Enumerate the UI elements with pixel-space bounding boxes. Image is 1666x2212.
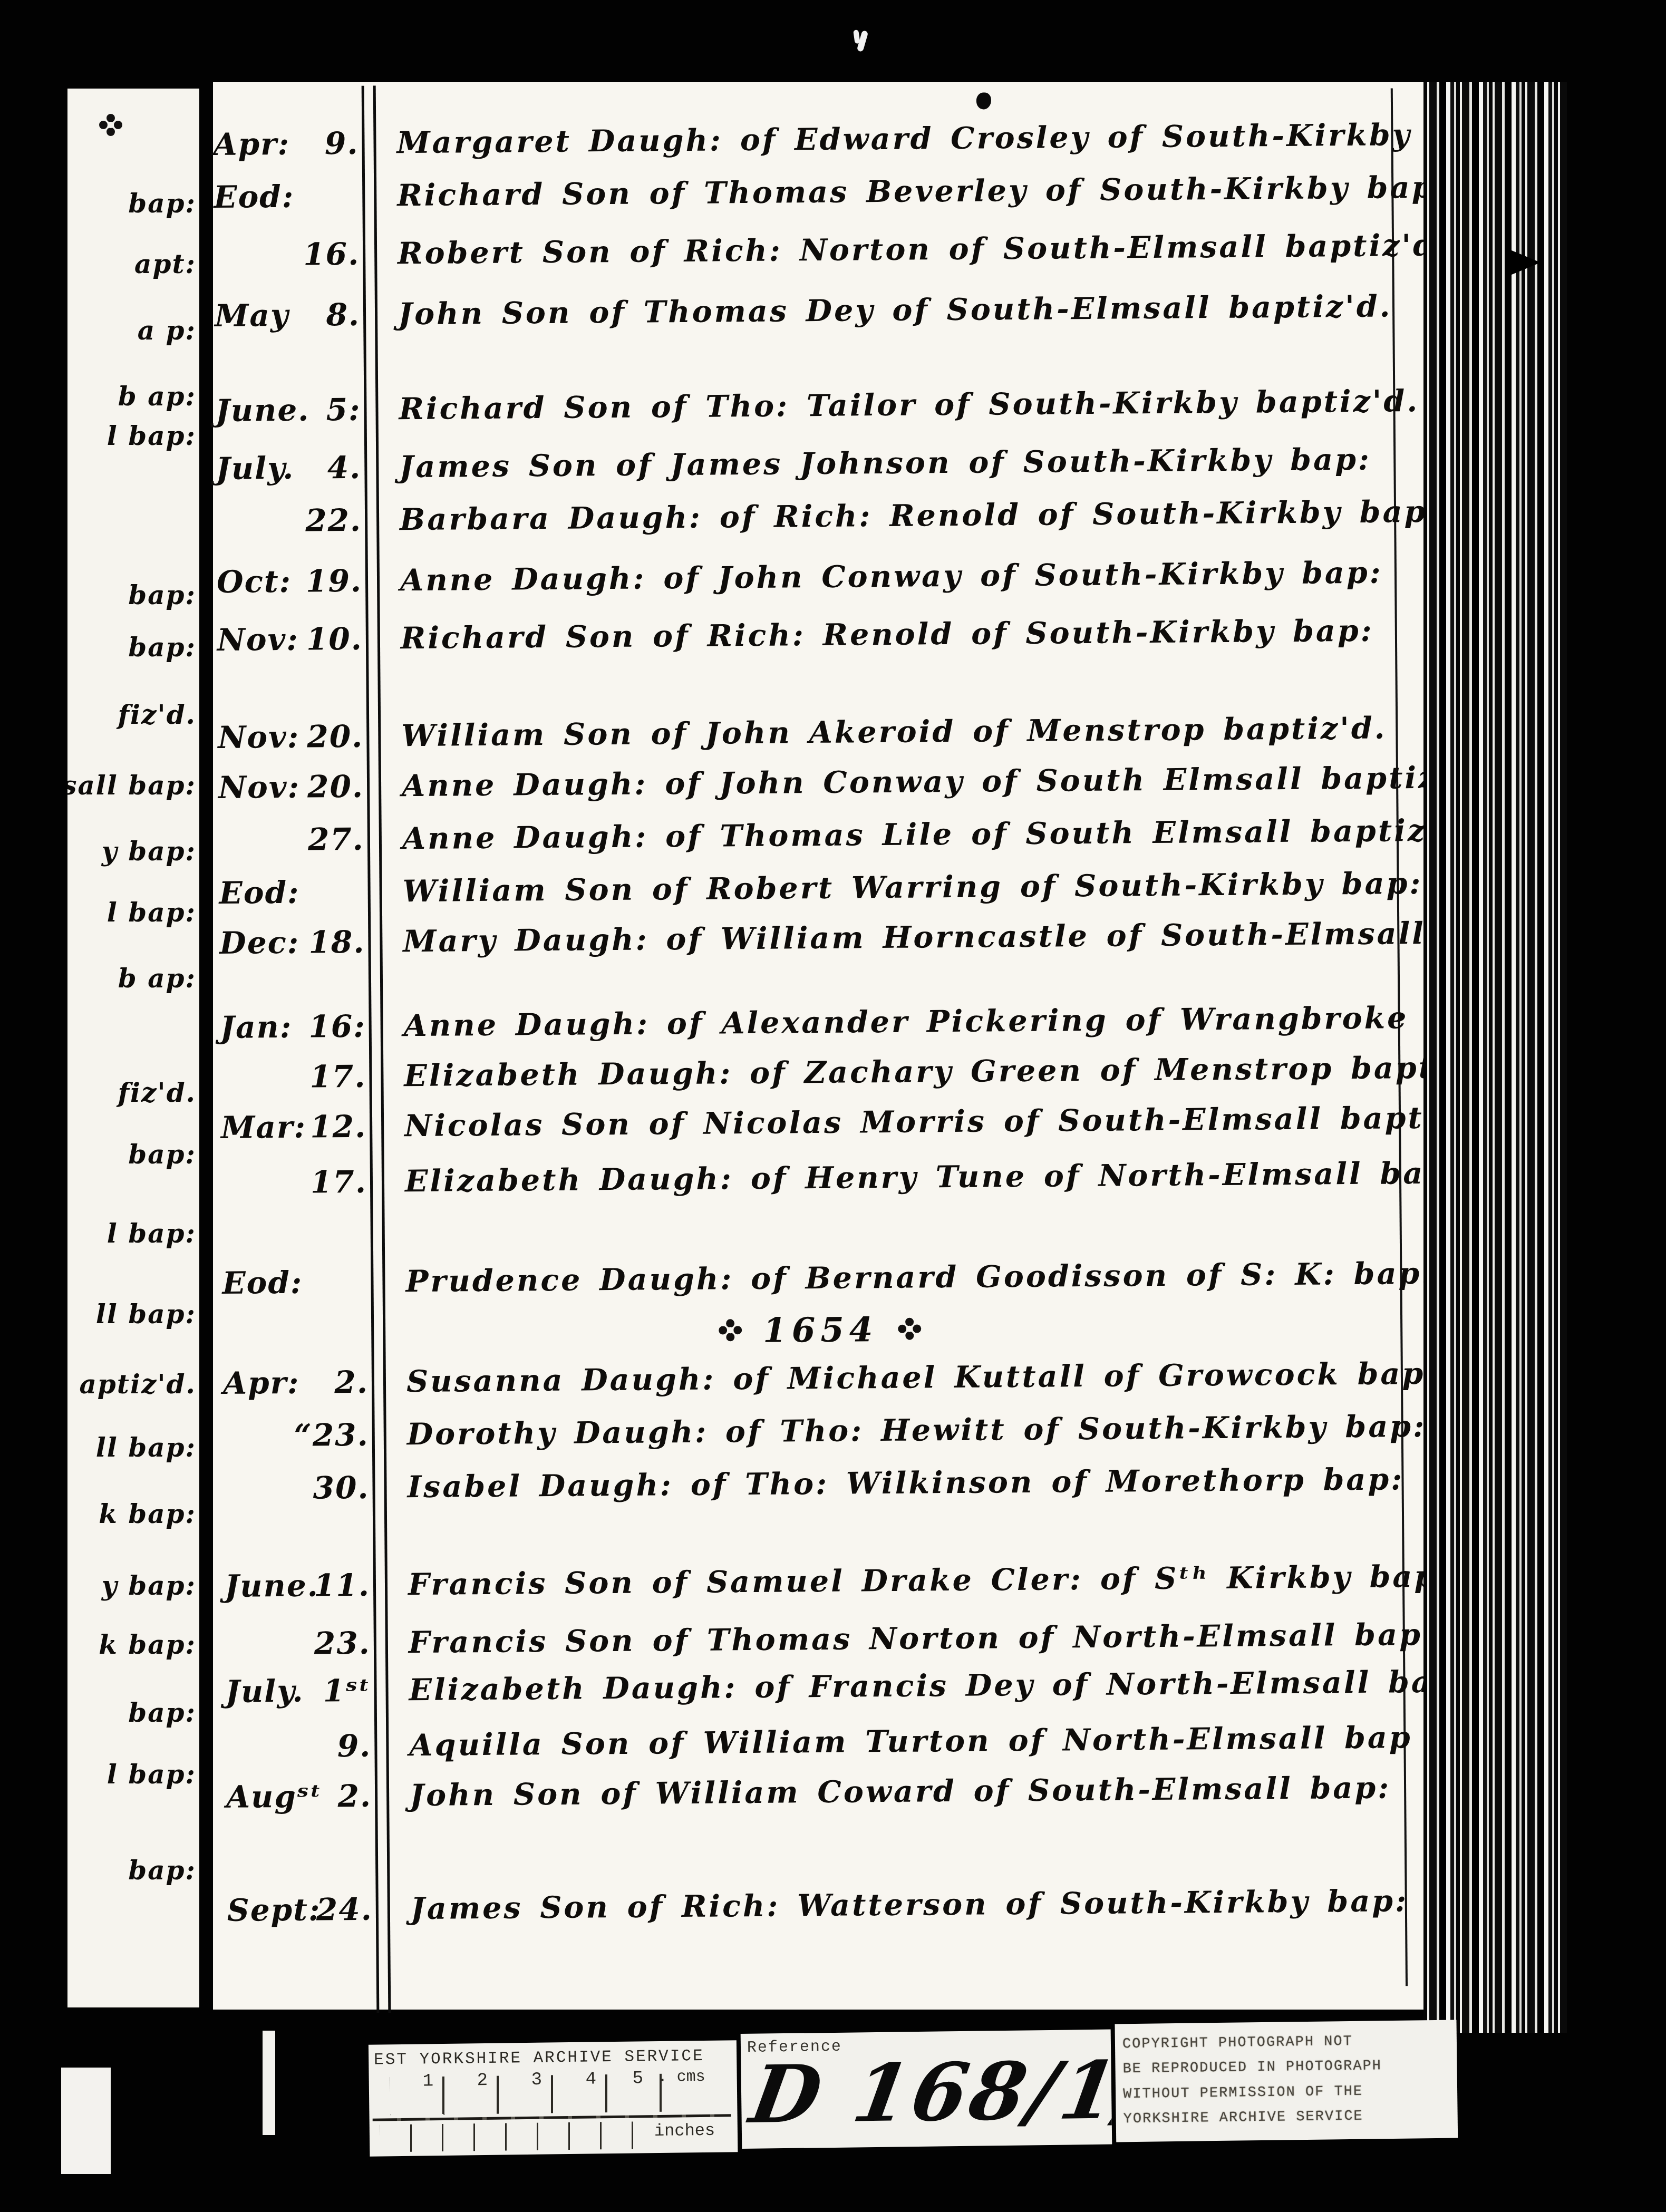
inches-label: inches [654,2121,715,2141]
entry-text: Aquilla Son of William Turton of North-E… [409,1720,1412,1763]
reference-box: Reference D 168/1/1/1 [741,2030,1112,2149]
film-corner-patch [61,2068,111,2174]
edge-arrow-mark [1508,249,1541,276]
entry-day: 4. [272,450,362,486]
copyright-text: COPYRIGHT PHOTOGRAPH NOT BE REPRODUCED I… [1122,2029,1383,2132]
entry-day: 19. [273,563,363,599]
ruler-number: 5 [632,2069,643,2089]
text-fragment: k bap: [99,1498,196,1529]
floral-ornament-icon [97,113,125,139]
ruler-number: 2 [477,2071,488,2091]
entry-text: Dorothy Daugh: of Tho: Hewitt of South-K… [406,1409,1426,1452]
entry-day: 24. [283,1891,373,1928]
entry-day: 23. [281,1625,371,1662]
baptism-entry: 17.Elizabeth Daugh: of Henry Tune of Nor… [214,1156,1425,1223]
entry-text: Francis Son of Thomas Norton of North-El… [409,1617,1436,1660]
entry-day: 5: [271,392,361,428]
entry-text: James Son of Rich: Watterson of South-Ki… [411,1883,1409,1926]
entry-month: Eod: [222,1265,303,1301]
text-fragment: bap: [128,632,196,663]
entry-text: Elizabeth Daugh: of Henry Tune of North-… [405,1155,1461,1199]
baptism-entry: Nov:10.Richard Son of Rich: Renold of So… [210,613,1421,680]
text-fragment: aptiz'd. [79,1369,196,1400]
entry-text: Richard Son of Rich: Renold of South-Kir… [401,613,1374,656]
entry-day: 17. [276,1059,366,1095]
entry-day: 12. [277,1109,367,1145]
copyright-line: WITHOUT PERMISSION OF THE [1123,2079,1382,2107]
text-fragment: bap: [128,1697,196,1728]
entry-text: Barbara Daugh: of Rich: Renold of South-… [400,494,1441,538]
text-fragment: b ap: [118,963,196,994]
entry-text: Francis Son of Samuel Drake Cler: of Sᵗʰ… [408,1559,1451,1603]
text-fragment: bap: [128,1139,196,1170]
entry-text: John Son of Thomas Dey of South-Elmsall … [398,288,1392,332]
entry-text: James Son of James Johnson of South-Kirk… [399,442,1371,484]
text-fragment: l bap: [107,1759,196,1790]
reference-number: D 168/1/1/1 [744,2042,1112,2141]
entry-text: William Son of Robert Warring of South-K… [402,866,1422,909]
baptism-entry: June.5:Richard Son of Tho: Tailor of Sou… [208,383,1419,451]
entry-day: 9. [282,1728,372,1764]
entry-month: Eod: [219,875,299,911]
text-fragment: l bap: [107,897,196,928]
microfilm-frame: bap: apt: a p: b ap: l bap: bap: bap: fi… [0,0,1666,2212]
baptism-entry: Dec:18.Mary Daugh: of William Horncastle… [212,916,1423,983]
facing-page-edge-strip: bap: apt: a p: b ap: l bap: bap: bap: fi… [67,89,199,2007]
copyright-box: COPYRIGHT PHOTOGRAPH NOT BE REPRODUCED I… [1115,2020,1458,2142]
text-fragment: ll bap: [96,1298,196,1330]
archive-service-title: EST YORKSHIRE ARCHIVE SERVICE [374,2047,704,2070]
entry-text: Robert Son of Rich: Norton of South-Elms… [398,228,1449,271]
entry-day: 16. [270,236,360,273]
text-fragment: fiz'd. [118,699,196,730]
year-label: 1654 [763,1310,878,1351]
entry-text: Richard Son of Tho: Tailor of South-Kirk… [399,383,1419,426]
entry-day: 20. [274,719,364,755]
entry-text: Prudence Daugh: of Bernard Goodisson of … [405,1256,1435,1299]
text-fragment: sall bap: [67,770,196,801]
text-fragment: bap: [128,579,196,610]
ruler-line [373,2114,731,2121]
entry-day: 2. [282,1778,372,1815]
cms-label: . cms [657,2068,705,2087]
entry-text: Anne Daugh: of Alexander Pickering of Wr… [403,1000,1507,1043]
text-fragment: l bap: [107,420,196,451]
copyright-line: YORKSHIRE ARCHIVE SERVICE [1123,2104,1382,2132]
text-fragment: y bap: [102,1570,196,1601]
text-fragment: k bap: [99,1629,196,1660]
floral-ornament-icon [896,1316,924,1343]
film-scratch-mark [857,30,869,52]
entry-day: 9. [269,125,359,162]
copyright-line: BE REPRODUCED IN PHOTOGRAPH [1122,2054,1382,2082]
baptism-entry: 16.Robert Son of Rich: Norton of South-E… [207,228,1418,295]
text-fragment: apt: [134,248,196,279]
entry-day: “23. [279,1417,370,1453]
text-fragment: y bap: [102,836,196,867]
baptism-entry: Sept:24.James Son of Rich: Watterson of … [220,1883,1431,1951]
text-fragment: fiz'd. [118,1077,196,1108]
baptism-entry: June.11.Francis Son of Samuel Drake Cler… [217,1559,1428,1626]
film-corner-patch [263,2031,275,2135]
archive-service-box: EST YORKSHIRE ARCHIVE SERVICE 1 2 3 4 5 … [369,2040,738,2157]
entry-day: 27. [275,821,365,858]
entry-text: Isabel Daugh: of Tho: Wilkinson of Moret… [407,1461,1404,1505]
entry-day: 17. [277,1164,367,1200]
baptism-entry: May8.John Son of Thomas Dey of South-Elm… [207,288,1418,356]
entry-day: 1ˢᵗ [281,1673,371,1709]
floral-ornament-icon [716,1318,745,1344]
entry-day: 2. [279,1364,369,1401]
entry-day: 22. [272,502,362,539]
entry-day: 8. [270,297,361,333]
ruler-number: 4 [585,2069,596,2089]
text-fragment: ll bap: [96,1432,196,1463]
entry-text: Susanna Daugh: of Michael Kuttall of Gro… [406,1356,1439,1399]
copyright-line: COPYRIGHT PHOTOGRAPH NOT [1122,2029,1382,2057]
entry-day: 30. [279,1470,370,1506]
archive-label-strip: EST YORKSHIRE ARCHIVE SERVICE 1 2 3 4 5 … [369,2020,1467,2159]
entry-day: 16: [276,1008,366,1045]
cm-ruler-numbers: 1 2 3 4 5 . cms [369,2068,738,2097]
entry-day: 10. [273,621,363,657]
baptism-entry: Augˢᵗ2.John Son of William Coward of Sou… [219,1770,1430,1837]
register-page: Apr:9.Margaret Daugh: of Edward Crosley … [213,82,1423,2010]
book-fore-edge [1423,82,1567,2033]
entry-text: John Son of William Coward of South-Elms… [410,1770,1391,1813]
entry-day: 20. [274,769,364,805]
entry-month: Eod: [214,179,294,215]
entry-text: Margaret Daugh: of Edward Crosley of Sou… [396,117,1510,161]
text-fragment: bap: [128,188,196,219]
entry-day: 18. [275,924,365,961]
entry-day: 11. [280,1567,371,1604]
inch-ruler-ticks [380,2122,634,2152]
entry-text: Richard Son of Thomas Beverley of South-… [397,170,1448,214]
baptism-entry: 22.Barbara Daugh: of Rich: Renold of Sou… [209,494,1420,561]
entry-text: Anne Daugh: of John Conway of South-Kirk… [400,555,1383,598]
text-fragment: bap: [128,1855,196,1886]
ruler-number: 1 [423,2071,434,2091]
entry-text: William Son of John Akeroid of Menstrop … [401,711,1387,754]
ink-blot [976,92,991,109]
ruler-number: 3 [531,2070,542,2090]
text-fragment: a p: [138,315,196,346]
text-fragment: b ap: [118,381,196,412]
text-fragment: l bap: [107,1218,196,1249]
baptism-entry: Eod:Richard Son of Thomas Beverley of So… [206,170,1417,237]
baptism-entry: Oct:19.Anne Daugh: of John Conway of Sou… [209,555,1420,622]
baptism-entry: 30.Isabel Daugh: of Tho: Wilkinson of Mo… [216,1461,1427,1529]
